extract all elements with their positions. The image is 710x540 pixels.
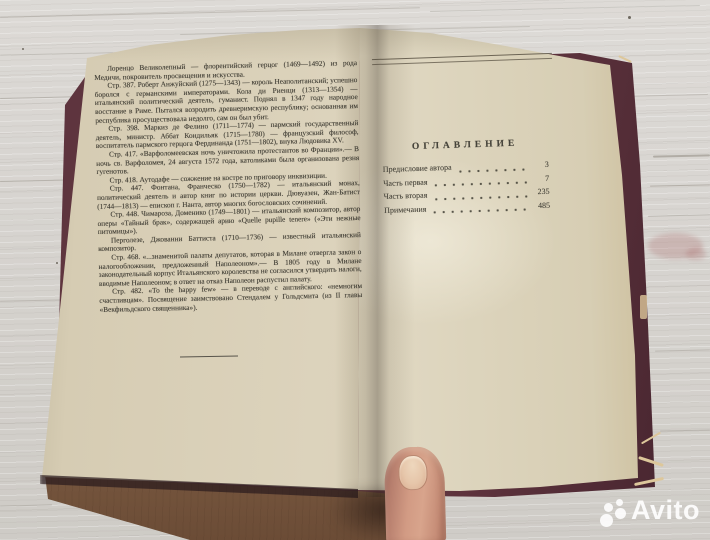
thumb-finger <box>384 446 446 540</box>
worn-corner-threads <box>640 295 647 319</box>
avito-brand-text: Avito <box>631 495 700 526</box>
note-paragraph: Стр. 482. «To the happy few» — в перевод… <box>99 282 363 314</box>
table-of-contents: ОГЛАВЛЕНИЕ Предисловие автора3Часть перв… <box>382 138 550 219</box>
toc-label: Примечания <box>384 204 427 214</box>
toc-label: Предисловие автора <box>383 163 452 174</box>
notes-text: Лоренцо Великолепный — флорентийский гер… <box>94 59 364 359</box>
toc-page-number: 485 <box>534 200 550 209</box>
toc-label: Часть вторая <box>384 191 428 201</box>
wood-knot-speck <box>628 16 631 19</box>
toc-label: Часть первая <box>383 177 427 187</box>
paint-smudge <box>686 248 706 260</box>
fingernail <box>398 455 428 491</box>
toc-page-number: 3 <box>533 160 549 169</box>
avito-watermark: Avito <box>588 494 710 540</box>
toc-page-number: 235 <box>533 187 549 196</box>
toc-rows: Предисловие автора3Часть первая7Часть вт… <box>383 160 551 219</box>
note-paragraph: Стр. 387. Роберт Анжуйский (1275—1343) —… <box>94 76 358 125</box>
toc-page-number: 7 <box>533 173 549 182</box>
wood-knot-speck <box>22 48 24 50</box>
book-photo-scene: Лоренцо Великолепный — флорентийский гер… <box>0 0 710 540</box>
open-book: Лоренцо Великолепный — флорентийский гер… <box>40 25 670 540</box>
